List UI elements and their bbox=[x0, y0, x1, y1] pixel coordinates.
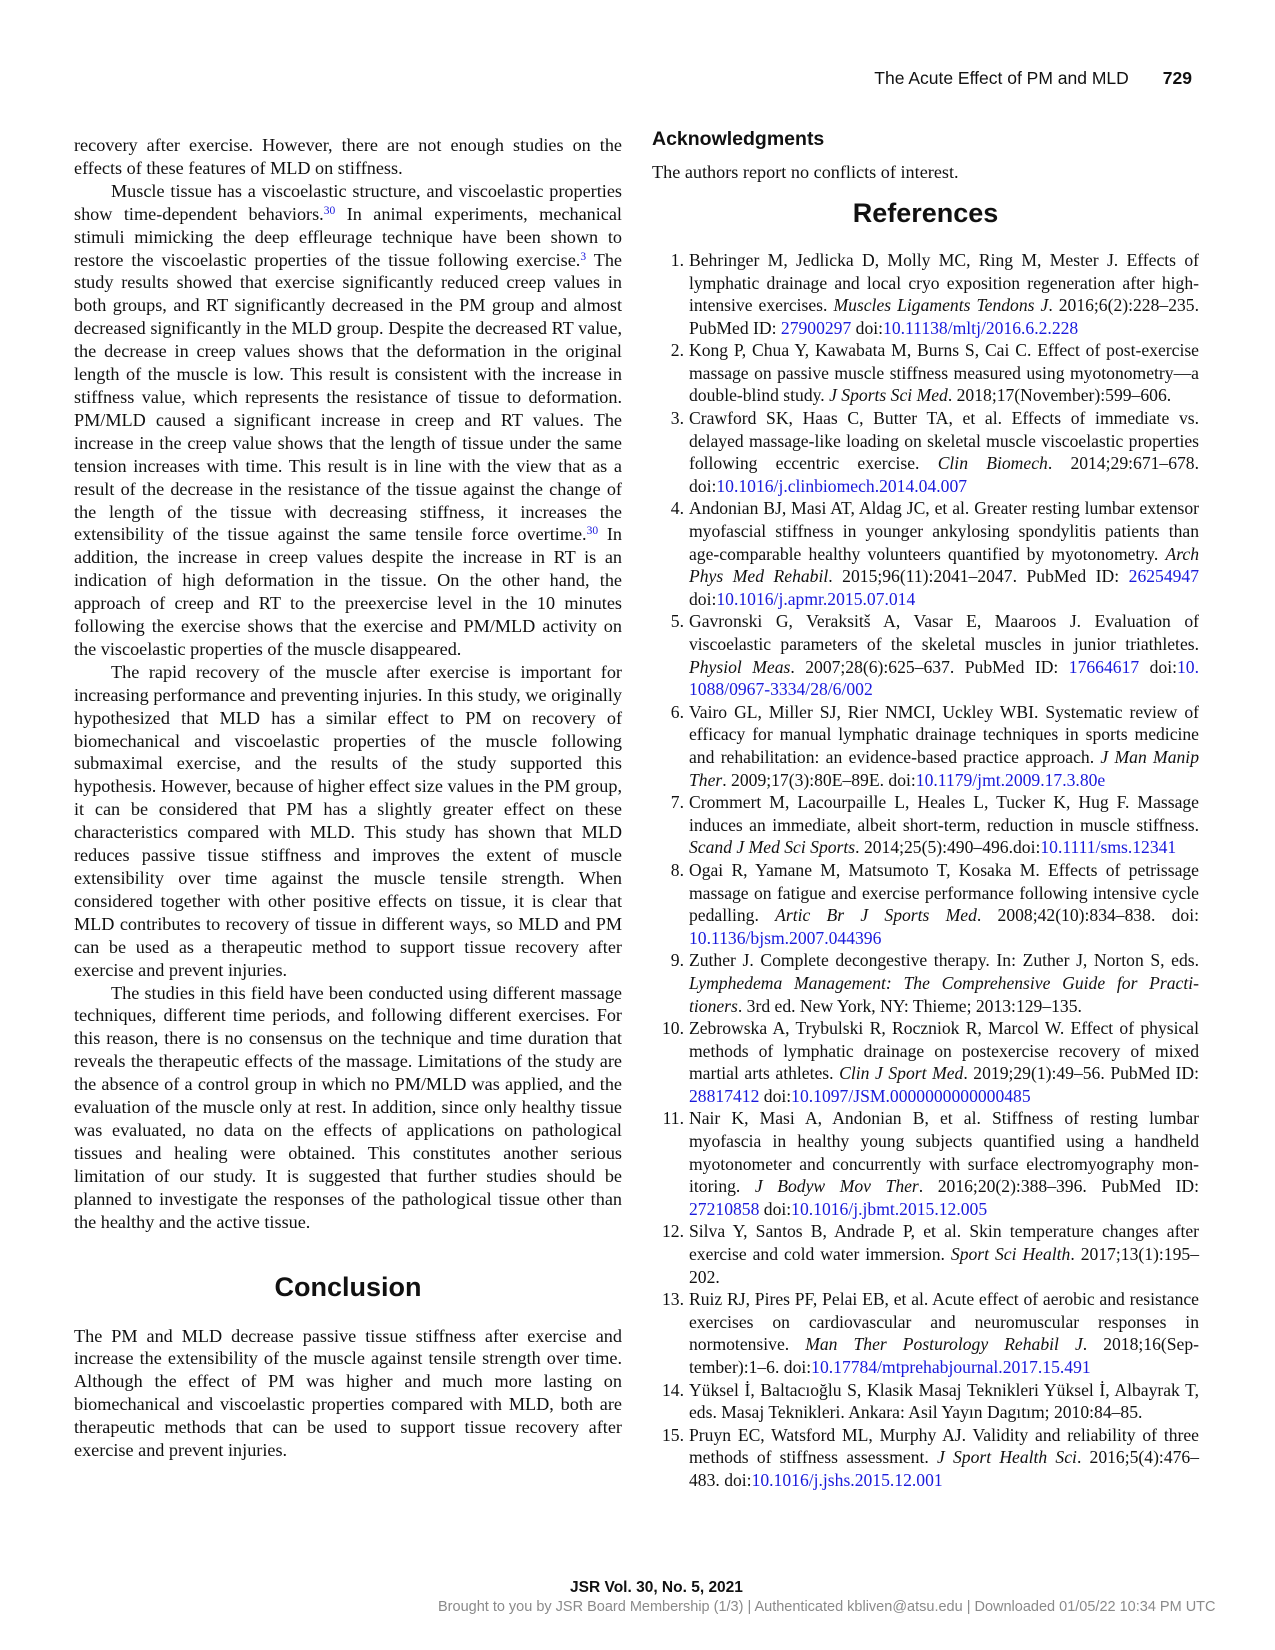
reference-text: Crommert M, Lacourpaille L, Heales L, Tu… bbox=[689, 791, 1199, 859]
reference-text: Nair K, Masi A, Andonian B, et al. Stiff… bbox=[689, 1107, 1199, 1220]
doi-link[interactable]: 10.1136/bjsm.2007.044396 bbox=[689, 928, 881, 948]
reference-item: 1.Behringer M, Jedlicka D, Molly MC, Rin… bbox=[652, 249, 1199, 339]
journal-title: Artic Br J Sports Med bbox=[775, 905, 977, 925]
reference-text: Crawford SK, Haas C, Butter TA, et al. E… bbox=[689, 407, 1199, 497]
page-number: 729 bbox=[1163, 68, 1192, 89]
reference-number: 4. bbox=[652, 497, 689, 610]
paragraph-text: The studies in this field have been cond… bbox=[74, 983, 622, 1232]
reference-text: Pruyn EC, Watsford ML, Murphy AJ. Validi… bbox=[689, 1424, 1199, 1492]
reference-segment: . 2018;17(November):599–606. bbox=[948, 385, 1171, 405]
reference-text: Vairo GL, Miller SJ, Rier NMCI, Uckley W… bbox=[689, 701, 1199, 791]
journal-title: Muscles Ligaments Tendons J bbox=[833, 295, 1048, 315]
footer-journal-issue: JSR Vol. 30, No. 5, 2021 bbox=[0, 1579, 1275, 1597]
reference-list: 1.Behringer M, Jedlicka D, Molly MC, Rin… bbox=[652, 249, 1199, 1492]
pubmed-link[interactable]: 26254947 bbox=[1129, 566, 1199, 586]
doi-link[interactable]: 10.1016/j.apmr.2015.07.014 bbox=[716, 589, 915, 609]
reference-number: 13. bbox=[652, 1288, 689, 1378]
reference-number: 12. bbox=[652, 1220, 689, 1288]
reference-item: 10.Zebrowska A, Trybulski R, Roczniok R,… bbox=[652, 1017, 1199, 1107]
body-paragraph: recovery after exercise. However, there … bbox=[74, 134, 622, 180]
reference-text: Yüksel İ, Baltacıoğlu S, Klasik Masaj Te… bbox=[689, 1379, 1199, 1424]
reference-item: 4.Andonian BJ, Masi AT, Aldag JC, et al.… bbox=[652, 497, 1199, 610]
pubmed-link[interactable]: 17664617 bbox=[1069, 657, 1139, 677]
journal-title: J Bodyw Mov Ther bbox=[755, 1176, 919, 1196]
reference-segment: . 2019;29(1):49–56. PubMed ID: bbox=[963, 1063, 1199, 1083]
reference-segment: . 2016;20(2):388–396. PubMed ID: bbox=[919, 1176, 1199, 1196]
journal-title: Clin J Sport Med bbox=[839, 1063, 963, 1083]
conclusion-text: The PM and MLD decrease passive tissue s… bbox=[74, 1325, 622, 1462]
doi-link[interactable]: 10.1016/j.clinbiomech.2014.04.007 bbox=[716, 476, 967, 496]
reference-item: 11.Nair K, Masi A, Andonian B, et al. St… bbox=[652, 1107, 1199, 1220]
left-column: recovery after exercise. However, there … bbox=[74, 134, 622, 1462]
body-paragraph: The studies in this field have been cond… bbox=[74, 982, 622, 1234]
journal-title: Clin Biomech bbox=[938, 453, 1048, 473]
running-head: The Acute Effect of PM and MLD 729 bbox=[874, 68, 1192, 89]
acknowledgments-heading: Acknowledgments bbox=[652, 128, 1199, 151]
doi-link[interactable]: 10.11138/mltj/2016.6.2.228 bbox=[883, 318, 1078, 338]
reference-text: Ruiz RJ, Pires PF, Pelai EB, et al. Acut… bbox=[689, 1288, 1199, 1378]
reference-text: Zuther J. Complete decongestive therapy.… bbox=[689, 949, 1199, 1017]
reference-segment: doi: bbox=[759, 1199, 791, 1219]
pubmed-link[interactable]: 27210858 bbox=[689, 1199, 759, 1219]
reference-number: 2. bbox=[652, 339, 689, 407]
reference-segment: Zuther J. Complete decongestive therapy.… bbox=[689, 950, 1199, 970]
reference-item: 6.Vairo GL, Miller SJ, Rier NMCI, Uckley… bbox=[652, 701, 1199, 791]
reference-item: 14.Yüksel İ, Baltacıoğlu S, Klasik Masaj… bbox=[652, 1379, 1199, 1424]
reference-segment: . 2009;17(3):80E–89E. doi: bbox=[722, 770, 916, 790]
body-paragraph: Muscle tissue has a viscoelastic structu… bbox=[74, 180, 622, 661]
reference-segment: Gavronski G, Veraksitš A, Vasar E, Maaro… bbox=[689, 611, 1199, 654]
journal-title: J Sports Sci Med bbox=[829, 385, 948, 405]
reference-segment: . 2014;25(5):490–496.doi: bbox=[855, 837, 1040, 857]
reference-number: 15. bbox=[652, 1424, 689, 1492]
reference-number: 5. bbox=[652, 610, 689, 700]
journal-title: J Sport Health Sci bbox=[937, 1447, 1077, 1467]
reference-number: 10. bbox=[652, 1017, 689, 1107]
journal-title: Physiol Meas bbox=[689, 657, 790, 677]
reference-text: Ogai R, Yamane M, Matsumoto T, Kosaka M.… bbox=[689, 859, 1199, 949]
discussion-paragraphs: recovery after exercise. However, there … bbox=[74, 134, 622, 1234]
running-head-title: The Acute Effect of PM and MLD bbox=[874, 68, 1129, 89]
body-paragraph: The rapid recovery of the muscle after e… bbox=[74, 661, 622, 982]
reference-item: 7.Crommert M, Lacourpaille L, Heales L, … bbox=[652, 791, 1199, 859]
conclusion-heading: Conclusion bbox=[74, 1272, 622, 1303]
doi-link[interactable]: 10.1097/JSM.0000000000000485 bbox=[791, 1086, 1031, 1106]
reference-number: 7. bbox=[652, 791, 689, 859]
paragraph-text: The study results showed that exercise s… bbox=[74, 250, 622, 545]
reference-segment: doi: bbox=[689, 589, 716, 609]
reference-number: 11. bbox=[652, 1107, 689, 1220]
reference-segment: doi: bbox=[759, 1086, 791, 1106]
reference-item: 9.Zuther J. Complete decongestive therap… bbox=[652, 949, 1199, 1017]
reference-segment: Crommert M, Lacourpaille L, Heales L, Tu… bbox=[689, 792, 1199, 835]
reference-number: 8. bbox=[652, 859, 689, 949]
doi-link[interactable]: 10.1016/j.jshs.2015.12.001 bbox=[752, 1470, 943, 1490]
reference-text: Silva Y, Santos B, Andrade P, et al. Ski… bbox=[689, 1220, 1199, 1288]
reference-number: 6. bbox=[652, 701, 689, 791]
reference-item: 15.Pruyn EC, Watsford ML, Murphy AJ. Val… bbox=[652, 1424, 1199, 1492]
reference-segment: . 2007;28(6):625–637. PubMed ID: bbox=[790, 657, 1068, 677]
doi-link[interactable]: 10.1111/sms.​12341 bbox=[1040, 837, 1176, 857]
reference-segment: Andonian BJ, Masi AT, Aldag JC, et al. G… bbox=[689, 498, 1199, 563]
reference-segment: . 2015;96(11):2041–2047. PubMed ID: bbox=[828, 566, 1128, 586]
doi-link[interactable]: 10.17784/mtprehabjournal.2017.15.491 bbox=[811, 1357, 1091, 1377]
citation-link[interactable]: 30 bbox=[324, 205, 336, 217]
reference-segment: doi: bbox=[1139, 657, 1177, 677]
paragraph-text: In addition, the increase in creep value… bbox=[74, 524, 622, 659]
reference-item: 12.Silva Y, Santos B, Andrade P, et al. … bbox=[652, 1220, 1199, 1288]
journal-title: Sport Sci Health bbox=[951, 1244, 1070, 1264]
paragraph-text: recovery after exercise. However, there … bbox=[74, 135, 622, 178]
reference-number: 1. bbox=[652, 249, 689, 339]
reference-number: 14. bbox=[652, 1379, 689, 1424]
journal-title: Scand J Med Sci Sports bbox=[689, 837, 855, 857]
reference-text: Zebrowska A, Trybulski R, Roczniok R, Ma… bbox=[689, 1017, 1199, 1107]
reference-segment: . 3rd ed. New York, NY: Thieme; 2013:129… bbox=[738, 996, 1082, 1016]
acknowledgments-text: The authors report no conflicts of inter… bbox=[652, 161, 1199, 184]
footer-download-notice: Brought to you by JSR Board Membership (… bbox=[438, 1599, 1216, 1615]
pubmed-link[interactable]: 28817412 bbox=[689, 1086, 759, 1106]
reference-segment: Yüksel İ, Baltacıoğlu S, Klasik Masaj Te… bbox=[689, 1380, 1199, 1423]
reference-text: Behringer M, Jedlicka D, Molly MC, Ring … bbox=[689, 249, 1199, 339]
citation-link[interactable]: 30 bbox=[587, 525, 599, 537]
reference-item: 8.Ogai R, Yamane M, Matsumoto T, Kosaka … bbox=[652, 859, 1199, 949]
reference-number: 9. bbox=[652, 949, 689, 1017]
reference-item: 13.Ruiz RJ, Pires PF, Pelai EB, et al. A… bbox=[652, 1288, 1199, 1378]
reference-item: 2.Kong P, Chua Y, Kawabata M, Burns S, C… bbox=[652, 339, 1199, 407]
reference-text: Andonian BJ, Masi AT, Aldag JC, et al. G… bbox=[689, 497, 1199, 610]
reference-number: 3. bbox=[652, 407, 689, 497]
pubmed-link[interactable]: 27900297 bbox=[781, 318, 851, 338]
reference-segment: . 2008;42(10):834–838. doi: bbox=[977, 905, 1199, 925]
reference-text: Gavronski G, Veraksitš A, Vasar E, Maaro… bbox=[689, 610, 1199, 700]
paragraph-text: The rapid recovery of the muscle after e… bbox=[74, 662, 622, 980]
reference-item: 5.Gavronski G, Veraksitš A, Vasar E, Maa… bbox=[652, 610, 1199, 700]
doi-link[interactable]: 10.1016/j.jbmt.2015.12.005 bbox=[791, 1199, 987, 1219]
journal-title: Man Ther Posturology Rehabil J bbox=[805, 1334, 1083, 1354]
references-heading: References bbox=[652, 198, 1199, 229]
doi-link[interactable]: 10.1179/jmt.2009.​17.3.80e bbox=[916, 770, 1105, 790]
right-column: Acknowledgments The authors report no co… bbox=[652, 134, 1199, 1492]
reference-segment: doi: bbox=[851, 318, 883, 338]
reference-item: 3.Crawford SK, Haas C, Butter TA, et al.… bbox=[652, 407, 1199, 497]
reference-text: Kong P, Chua Y, Kawabata M, Burns S, Cai… bbox=[689, 339, 1199, 407]
